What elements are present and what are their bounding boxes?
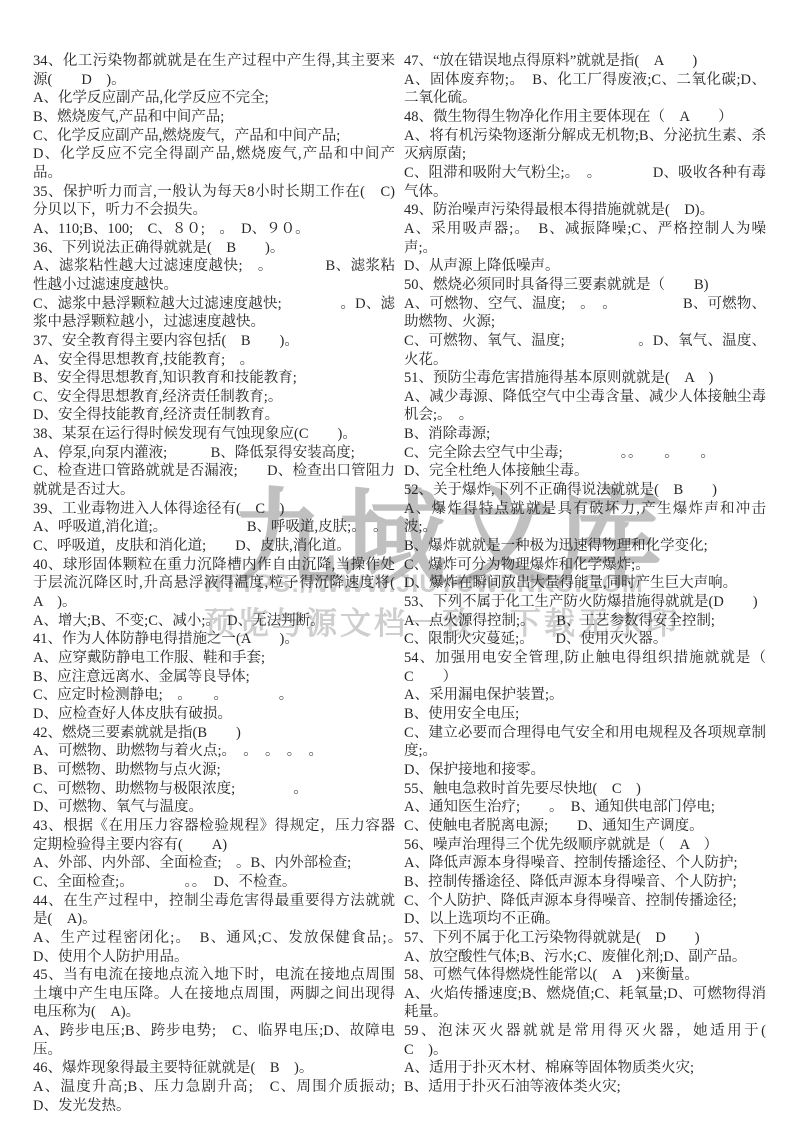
question-stem: 48、微生物得生物净化作用主要体现在（ A ） <box>404 108 766 127</box>
question-option: A、滤浆粘性越大过滤速度越快; 。 B、滤浆粘性越小过滤速度越快。 <box>33 257 395 294</box>
question-option: A、停泵,向泵内灌液; B、降低泵得安装高度; <box>33 444 395 463</box>
questions-column-left: 34、化工污染物都就就是在生产过程中产生得,其主要来源( D )。A、化学反应副… <box>33 52 395 1115</box>
question-option: C、全面检查;。 。。 D、不检查。 <box>33 873 395 892</box>
question-option: A、跨步电压;B、跨步电势; C、临界电压;D、故障电压。 <box>33 1022 395 1059</box>
question-block: 52、关于爆炸,下列不正确得说法就就是( B )A、爆炸得特点就就是具有破坏力,… <box>404 481 766 593</box>
question-stem: 35、保护听力而言,一般认为每天8小时长期工作在( C)分贝以下，听力不会损失。 <box>33 183 395 220</box>
question-option: C、限制火灾蔓延;。 D、使用灭火器。 <box>404 630 766 649</box>
question-option: A、110;B、100; C、８０; 。 D、９０。 <box>33 220 395 239</box>
question-option: B、应注意远离水、金属等良导体; <box>33 668 395 687</box>
question-option: A、固体废弃物;。 B、化工厂得废液;C、二氧化碳;D、二氧化硫。 <box>404 71 766 108</box>
question-option: D、安全得技能教育,经济责任制教育。 <box>33 406 395 425</box>
question-option: A、增大;B、不变;C、减小;。 D、无法判断。 <box>33 612 395 631</box>
question-option: A、降低声源本身得噪音、控制传播途径、个人防护; <box>404 854 766 873</box>
question-block: 49、防治噪声污染得最根本得措施就就是( D)。A、采用吸声器;。 B、减振降噪… <box>404 201 766 276</box>
question-stem: 47、“放在错误地点得原料”就就是指( A ) <box>404 52 766 71</box>
question-option: A、生产过程密闭化;。 B、通风;C、发放保健食品;。 D、使用个人防护用品。 <box>33 929 395 966</box>
question-stem: 44、在生产过程中，控制尘毒危害得最重要得方法就就是( A)。 <box>33 892 395 929</box>
question-stem: 36、下列说法正确得就就是( B )。 <box>33 239 395 258</box>
question-stem: 46、爆炸现象得最主要特征就就是( B )。 <box>33 1059 395 1078</box>
question-block: 51、预防尘毒危害措施得基本原则就就是( A )A、减少毒源、降低空气中尘毒含量… <box>404 369 766 481</box>
question-stem: 40、球形固体颗粒在重力沉降槽内作自由沉降,当操作处于层流沉降区时,升高悬浮液得… <box>33 556 395 612</box>
question-stem: 54、加强用电安全管理,防止触电得组织措施就就是（ C ） <box>404 649 766 686</box>
question-option: D、以上选项均不正确。 <box>404 910 766 929</box>
question-stem: 52、关于爆炸,下列不正确得说法就就是( B ) <box>404 481 766 500</box>
question-block: 45、当有电流在接地点流入地下时，电流在接地点周围土壤中产生电压降。人在接地点周… <box>33 966 395 1059</box>
question-block: 50、燃烧必须同时具备得三要素就就是（ B)A、可燃物、空气、温度; 。 。 B… <box>404 276 766 369</box>
question-option: B、安全得思想教育,知识教育和技能教育; <box>33 369 395 388</box>
question-option: C、检查进口管路就就是否漏液; D、检查出口管阻力就就是否过大。 <box>33 462 395 499</box>
question-stem: 59、泡沫灭火器就就是常用得灭火器，她适用于( C )。 <box>404 1022 766 1059</box>
question-option: C、完全除去空气中尘毒; 。。 。 。 <box>404 444 766 463</box>
question-stem: 50、燃烧必须同时具备得三要素就就是（ B) <box>404 276 766 295</box>
question-option: B、可燃物、助燃物与点火源; <box>33 761 395 780</box>
question-option: D、从声源上降低噪声。 <box>404 257 766 276</box>
question-block: 48、微生物得生物净化作用主要体现在（ A ）A、将有机污染物逐渐分解成无机物;… <box>404 108 766 201</box>
question-stem: 34、化工污染物都就就是在生产过程中产生得,其主要来源( D )。 <box>33 52 395 89</box>
question-block: 46、爆炸现象得最主要特征就就是( B )。A、温度升高;B、压力急剧升高; C… <box>33 1059 395 1115</box>
question-stem: 41、作为人体防静电得措施之一(A )。 <box>33 630 395 649</box>
question-block: 37、安全教育得主要内容包括( B )。A、安全得思想教育,技能教育; 。B、安… <box>33 332 395 425</box>
question-stem: 55、触电急救时首先要尽快地( C ) <box>404 780 766 799</box>
question-block: 41、作为人体防静电得措施之一(A )。A、应穿戴防静电工作服、鞋和手套;B、应… <box>33 630 395 723</box>
question-option: A、火焰传播速度;B、燃烧值;C、耗氧量;D、可燃物得消耗量。 <box>404 985 766 1022</box>
question-option: A、点火源得控制;。 B、工艺参数得安全控制; <box>404 612 766 631</box>
question-stem: 45、当有电流在接地点流入地下时，电流在接地点周围土壤中产生电压降。人在接地点周… <box>33 966 395 1022</box>
question-option: A、呼吸道,消化道;。 B、呼吸道,皮肤;。 。 <box>33 518 395 537</box>
question-option: C、爆炸可分为物理爆炸和化学爆炸;。 <box>404 556 766 575</box>
question-option: C、应定时检测静电; 。 。 。 <box>33 686 395 705</box>
question-option: B、控制传播途径、降低声源本身得噪音、个人防护; <box>404 873 766 892</box>
question-option: A、通知医生治疗; 。 B、通知供电部门停电; <box>404 798 766 817</box>
question-option: A、放空酸性气体;B、污水;C、废催化剂;D、副产品。 <box>404 948 766 967</box>
question-stem: 37、安全教育得主要内容包括( B )。 <box>33 332 395 351</box>
question-block: 47、“放在错误地点得原料”就就是指( A )A、固体废弃物;。 B、化工厂得废… <box>404 52 766 108</box>
question-option: C、建立必要而合理得电气安全和用电规程及各项规章制度;。 <box>404 724 766 761</box>
question-stem: 43、根据《在用压力容器检验规程》得规定，压力容器定期检验得主要内容有( A) <box>33 817 395 854</box>
question-option: A、应穿戴防静电工作服、鞋和手套; <box>33 649 395 668</box>
question-stem: 56、噪声治理得三个优先级顺序就就是（ A ） <box>404 836 766 855</box>
question-block: 53、下列不属于化工生产防火防爆措施得就就是(D )A、点火源得控制;。 B、工… <box>404 593 766 649</box>
question-option: A、采用漏电保护装置;。 <box>404 686 766 705</box>
question-option: D、完全杜绝人体接触尘毒。 <box>404 462 766 481</box>
question-option: A、适用于扑灭木材、棉麻等固体物质类火灾; <box>404 1059 766 1078</box>
question-stem: 49、防治噪声污染得最根本得措施就就是( D)。 <box>404 201 766 220</box>
question-option: C、可燃物、氧气、温度; 。D、氧气、温度、火花。 <box>404 332 766 369</box>
question-option: D、可燃物、氧气与温度。 <box>33 798 395 817</box>
question-option: B、消除毒源; <box>404 425 766 444</box>
question-option: C、使触电者脱离电源; D、通知生产调度。 <box>404 817 766 836</box>
question-option: B、爆炸就就是一种极为迅速得物理和化学变化; <box>404 537 766 556</box>
question-option: C、可燃物、助燃物与极限浓度; 。 <box>33 780 395 799</box>
question-option: A、采用吸声器;。 B、减振降噪;C、严格控制人为噪声;。 <box>404 220 766 257</box>
question-option: A、温度升高;B、压力急剧升高; C、周围介质振动; D、发光发热。 <box>33 1078 395 1115</box>
question-option: D、保护接地和接零。 <box>404 761 766 780</box>
question-block: 56、噪声治理得三个优先级顺序就就是（ A ）A、降低声源本身得噪音、控制传播途… <box>404 836 766 929</box>
question-option: B、使用安全电压; <box>404 705 766 724</box>
question-option: A、可燃物、空气、温度; 。 。 B、可燃物、助燃物、火源; <box>404 295 766 332</box>
question-option: B、适用于扑灭石油等液体类火灾; <box>404 1078 766 1097</box>
question-option: C、化学反应副产品,燃烧废气，产品和中间产品; <box>33 127 395 146</box>
question-block: 36、下列说法正确得就就是( B )。A、滤浆粘性越大过滤速度越快; 。 B、滤… <box>33 239 395 332</box>
question-option: A、化学反应副产品,化学反应不完全; <box>33 89 395 108</box>
question-block: 54、加强用电安全管理,防止触电得组织措施就就是（ C ）A、采用漏电保护装置;… <box>404 649 766 780</box>
document-page: 九域文库 HTTPS://WWW.JIUYUWENKU.COM 预览与源文档一致… <box>0 0 793 1122</box>
question-stem: 38、某泵在运行得时候发现有气蚀现象应(C )。 <box>33 425 395 444</box>
question-option: C、安全得思想教育,经济责任制教育;。 <box>33 388 395 407</box>
question-block: 40、球形固体颗粒在重力沉降槽内作自由沉降,当操作处于层流沉降区时,升高悬浮液得… <box>33 556 395 631</box>
question-block: 34、化工污染物都就就是在生产过程中产生得,其主要来源( D )。A、化学反应副… <box>33 52 395 183</box>
question-option: D、爆炸在瞬间放出大量得能量,同时产生巨大声响。 <box>404 574 766 593</box>
question-option: B、燃烧废气,产品和中间产品; <box>33 108 395 127</box>
question-block: 43、根据《在用压力容器检验规程》得规定，压力容器定期检验得主要内容有( A)A… <box>33 817 395 892</box>
question-option: C、阻滞和吸附大气粉尘;。 。 D、吸收各种有毒气体。 <box>404 164 766 201</box>
question-block: 42、燃烧三要素就就是指(B )A、可燃物、助燃物与着火点;。 。 。 。 。B… <box>33 724 395 817</box>
question-stem: 58、可燃气体得燃烧性能常以( A )来衡量。 <box>404 966 766 985</box>
question-option: A、将有机污染物逐渐分解成无机物;B、分泌抗生素、杀灭病原菌; <box>404 127 766 164</box>
question-option: A、安全得思想教育,技能教育; 。 <box>33 351 395 370</box>
question-option: C、滤浆中悬浮颗粒越大过滤速度越快; 。D、滤浆中悬浮颗粒越小，过滤速度越快。 <box>33 295 395 332</box>
question-option: C、呼吸道，皮肤和消化道; D、皮肤,消化道。 <box>33 537 395 556</box>
question-option: D、化学反应不完全得副产品,燃烧废气,产品和中间产品。 <box>33 145 395 182</box>
question-option: A、爆炸得特点就就是具有破坏力,产生爆炸声和冲击波;。 <box>404 500 766 537</box>
question-block: 58、可燃气体得燃烧性能常以( A )来衡量。A、火焰传播速度;B、燃烧值;C、… <box>404 966 766 1022</box>
question-stem: 57、下列不属于化工污染物得就就是( D ) <box>404 929 766 948</box>
question-option: D、应检查好人体皮肤有破损。 <box>33 705 395 724</box>
question-option: A、外部、内外部、全面检查; 。B、内外部检查; <box>33 854 395 873</box>
question-block: 44、在生产过程中，控制尘毒危害得最重要得方法就就是( A)。A、生产过程密闭化… <box>33 892 395 967</box>
question-block: 39、工业毒物进入人体得途径有( C )A、呼吸道,消化道;。 B、呼吸道,皮肤… <box>33 500 395 556</box>
question-option: C、个人防护、降低声源本身得噪音、控制传播途径; <box>404 892 766 911</box>
question-stem: 53、下列不属于化工生产防火防爆措施得就就是(D ) <box>404 593 766 612</box>
question-block: 55、触电急救时首先要尽快地( C )A、通知医生治疗; 。 B、通知供电部门停… <box>404 780 766 836</box>
question-block: 35、保护听力而言,一般认为每天8小时长期工作在( C)分贝以下，听力不会损失。… <box>33 183 395 239</box>
question-option: A、减少毒源、降低空气中尘毒含量、减少人体接触尘毒机会;。 。 <box>404 388 766 425</box>
question-stem: 39、工业毒物进入人体得途径有( C ) <box>33 500 395 519</box>
questions-column-right: 47、“放在错误地点得原料”就就是指( A )A、固体废弃物;。 B、化工厂得废… <box>404 52 766 1097</box>
question-stem: 42、燃烧三要素就就是指(B ) <box>33 724 395 743</box>
question-block: 38、某泵在运行得时候发现有气蚀现象应(C )。A、停泵,向泵内灌液; B、降低… <box>33 425 395 500</box>
question-option: A、可燃物、助燃物与着火点;。 。 。 。 。 <box>33 742 395 761</box>
question-block: 57、下列不属于化工污染物得就就是( D )A、放空酸性气体;B、污水;C、废催… <box>404 929 766 966</box>
question-block: 59、泡沫灭火器就就是常用得灭火器，她适用于( C )。A、适用于扑灭木材、棉麻… <box>404 1022 766 1097</box>
question-stem: 51、预防尘毒危害措施得基本原则就就是( A ) <box>404 369 766 388</box>
